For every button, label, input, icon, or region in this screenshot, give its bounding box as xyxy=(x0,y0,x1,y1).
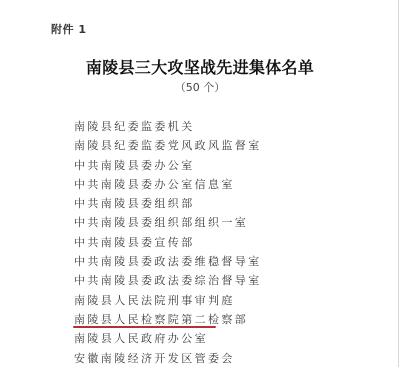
document-title: 南陵县三大攻坚战先进集体名单 xyxy=(0,55,400,78)
list-item: 南陵县人民政府办公室 xyxy=(74,329,262,348)
red-highlight-underline xyxy=(73,326,216,328)
document-page: 附件 1 南陵县三大攻坚战先进集体名单 （50 个） 南陵县纪委监委机关 南陵县… xyxy=(0,0,398,367)
list-item: 南陵县纪委监委机关 xyxy=(74,117,262,136)
document-subtitle: （50 个） xyxy=(0,79,400,95)
list-item: 中共南陵县委组织部组织一室 xyxy=(74,213,262,232)
attachment-label: 附件 1 xyxy=(51,21,86,37)
list-item: 中共南陵县委办公室信息室 xyxy=(74,175,262,194)
list-item: 南陵县人民法院刑事审判庭 xyxy=(74,291,262,310)
list-item: 中共南陵县委政法委维稳督导室 xyxy=(74,252,262,271)
list-item: 安徽南陵经济开发区管委会 xyxy=(74,349,262,367)
list-item: 南陵县纪委监委党风政风监督室 xyxy=(74,136,262,155)
collective-list: 南陵县纪委监委机关 南陵县纪委监委党风政风监督室 中共南陵县委办公室 中共南陵县… xyxy=(74,117,262,367)
page-edge-divider xyxy=(398,0,399,367)
list-item: 中共南陵县委组织部 xyxy=(74,194,262,213)
list-item: 中共南陵县委宣传部 xyxy=(74,233,262,252)
list-item: 中共南陵县委政法委综治督导室 xyxy=(74,271,262,290)
list-item: 中共南陵县委办公室 xyxy=(74,156,262,175)
